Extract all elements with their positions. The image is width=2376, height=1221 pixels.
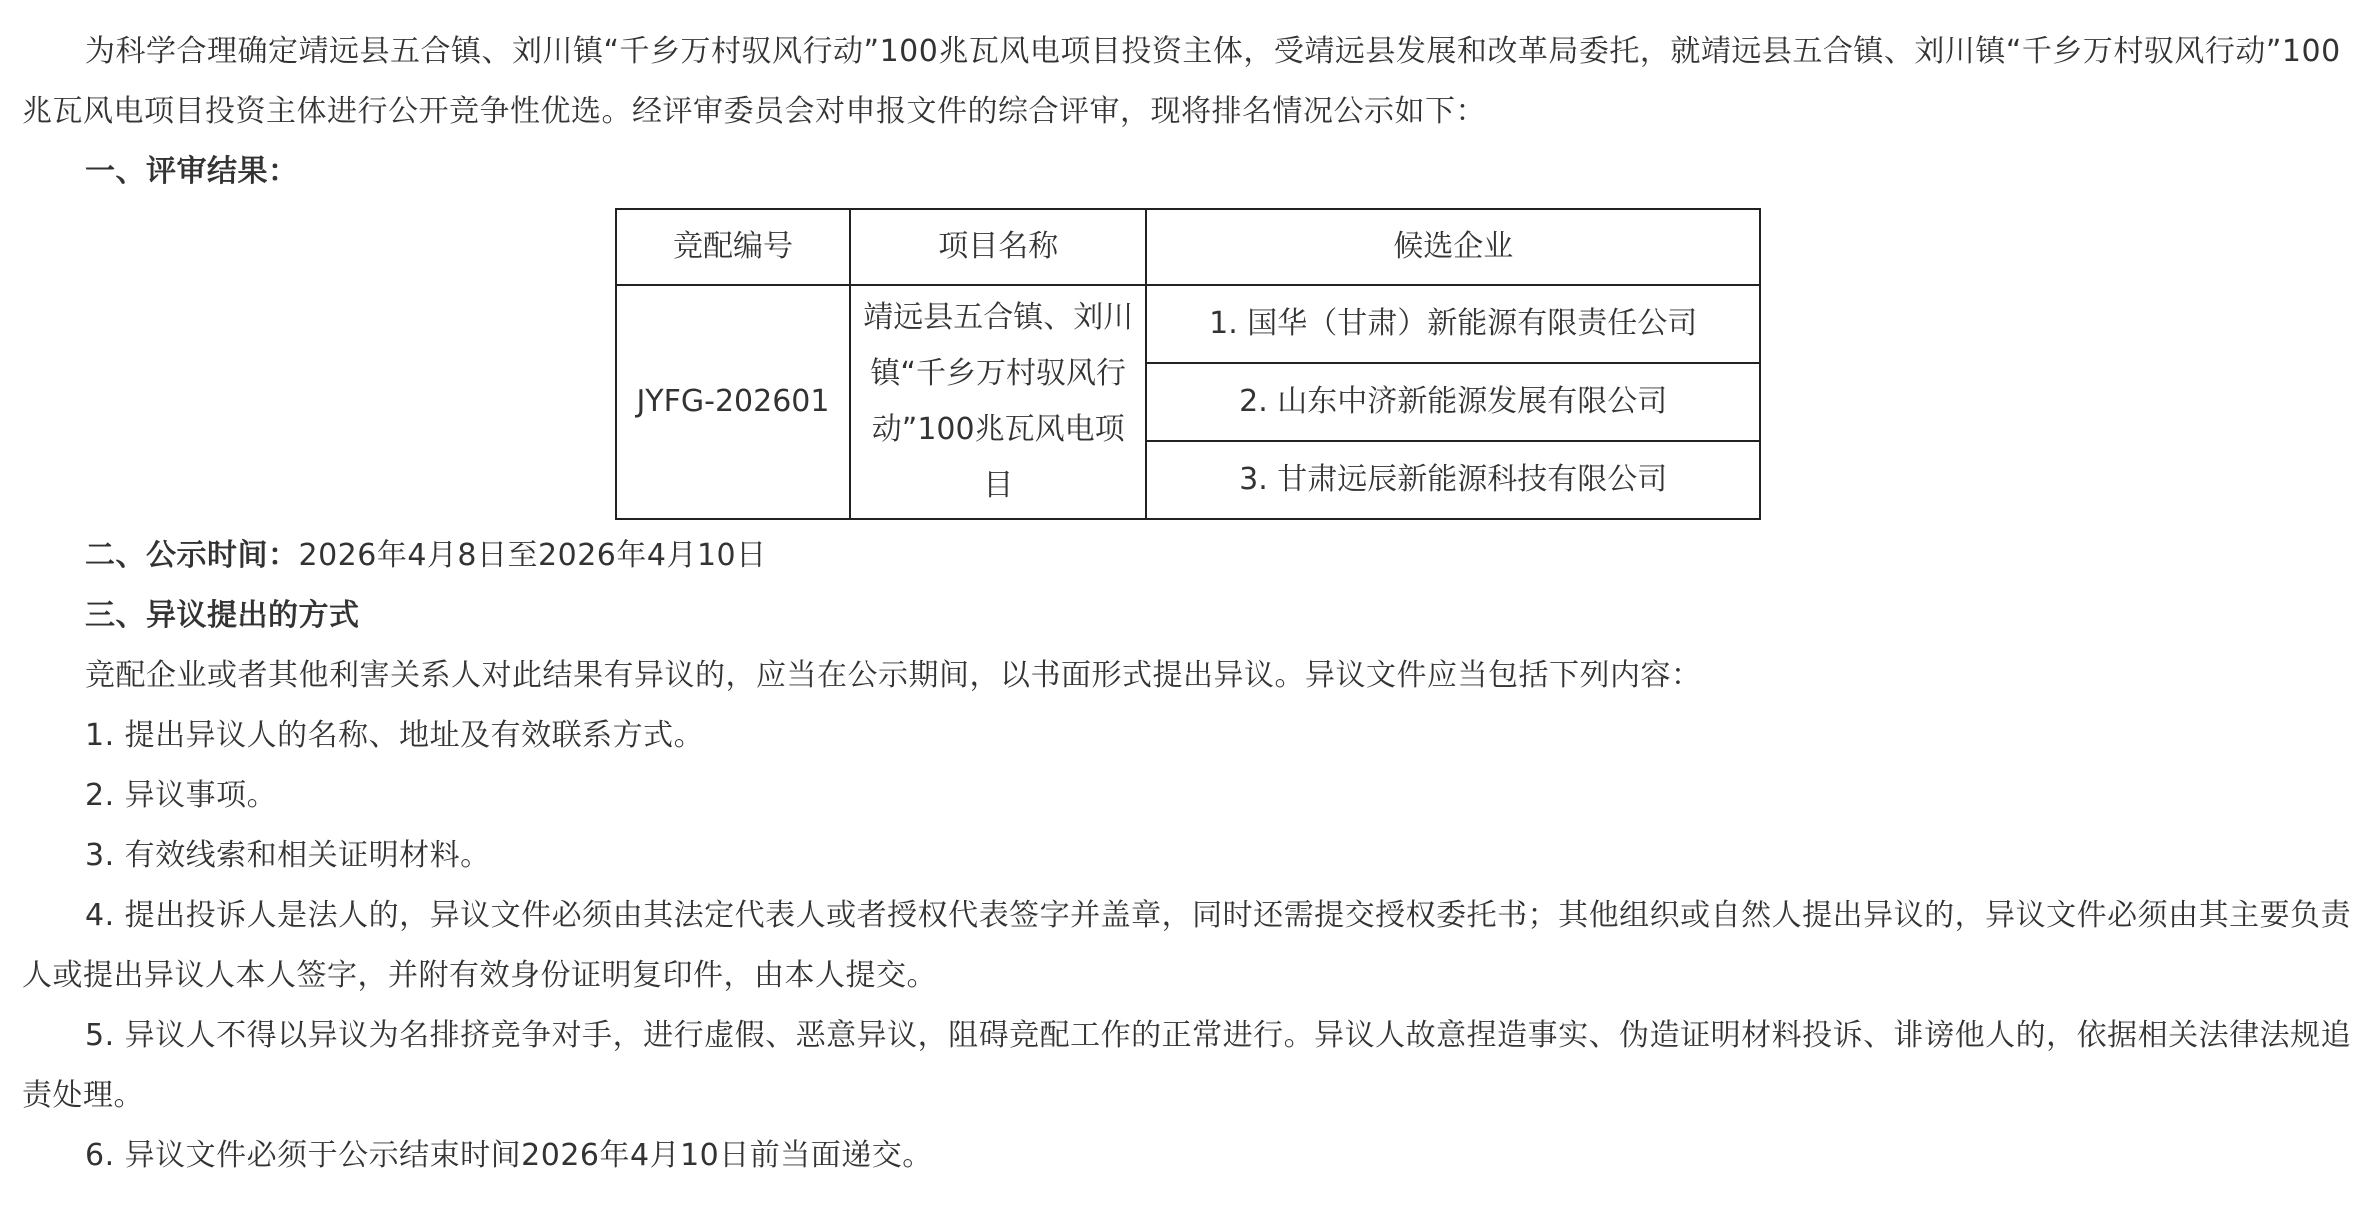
evaluation-result-table: 竞配编号 项目名称 候选企业 JYFG-202601 靖远县五合镇、刘川镇“千乡… <box>615 208 1761 520</box>
objection-item-4: 4. 提出投诉人是法人的，异议文件必须由其法定代表人或者授权代表签字并盖章，同时… <box>22 886 2352 1006</box>
result-table-wrapper: 竞配编号 项目名称 候选企业 JYFG-202601 靖远县五合镇、刘川镇“千乡… <box>615 208 2352 520</box>
announcement-document: 为科学合理确定靖远县五合镇、刘川镇“千乡万村驭风行动”100兆瓦风电项目投资主体… <box>0 0 2376 1186</box>
objection-item-1: 1. 提出异议人的名称、地址及有效联系方式。 <box>22 706 2352 766</box>
bid-id-value: JYFG-202601 <box>636 384 829 419</box>
project-name-value: 靖远县五合镇、刘川镇“千乡万村驭风行动”100兆瓦风电项目 <box>863 300 1133 503</box>
section-2: 二、公示时间：2026年4月8日至2026年4月10日 <box>22 526 2352 586</box>
objection-item-2: 2. 异议事项。 <box>22 766 2352 826</box>
section-3-heading: 三、异议提出的方式 <box>22 586 2352 646</box>
table-row: JYFG-202601 靖远县五合镇、刘川镇“千乡万村驭风行动”100兆瓦风电项… <box>616 285 1760 363</box>
section-1-heading: 一、评审结果： <box>22 142 2352 202</box>
header-candidates: 候选企业 <box>1146 209 1760 285</box>
objection-item-5: 5. 异议人不得以异议为名排挤竞争对手，进行虚假、恶意异议，阻碍竞配工作的正常进… <box>22 1006 2352 1126</box>
candidate-2: 2. 山东中济新能源发展有限公司 <box>1146 363 1760 441</box>
project-name-cell: 靖远县五合镇、刘川镇“千乡万村驭风行动”100兆瓦风电项目 <box>850 285 1147 519</box>
objection-item-3: 3. 有效线索和相关证明材料。 <box>22 826 2352 886</box>
candidate-1: 1. 国华（甘肃）新能源有限责任公司 <box>1146 285 1760 363</box>
header-project-name: 项目名称 <box>850 209 1147 285</box>
objection-intro: 竞配企业或者其他利害关系人对此结果有异议的，应当在公示期间，以书面形式提出异议。… <box>22 646 2352 706</box>
intro-paragraph: 为科学合理确定靖远县五合镇、刘川镇“千乡万村驭风行动”100兆瓦风电项目投资主体… <box>22 0 2352 142</box>
publicity-period: 2026年4月8日至2026年4月10日 <box>299 538 767 573</box>
objection-item-6: 6. 异议文件必须于公示结束时间2026年4月10日前当面递交。 <box>22 1126 2352 1186</box>
bid-id-cell: JYFG-202601 <box>616 285 850 519</box>
header-bid-id: 竞配编号 <box>616 209 850 285</box>
table-header-row: 竞配编号 项目名称 候选企业 <box>616 209 1760 285</box>
section-2-heading: 二、公示时间： <box>85 538 299 573</box>
candidate-3: 3. 甘肃远辰新能源科技有限公司 <box>1146 441 1760 519</box>
